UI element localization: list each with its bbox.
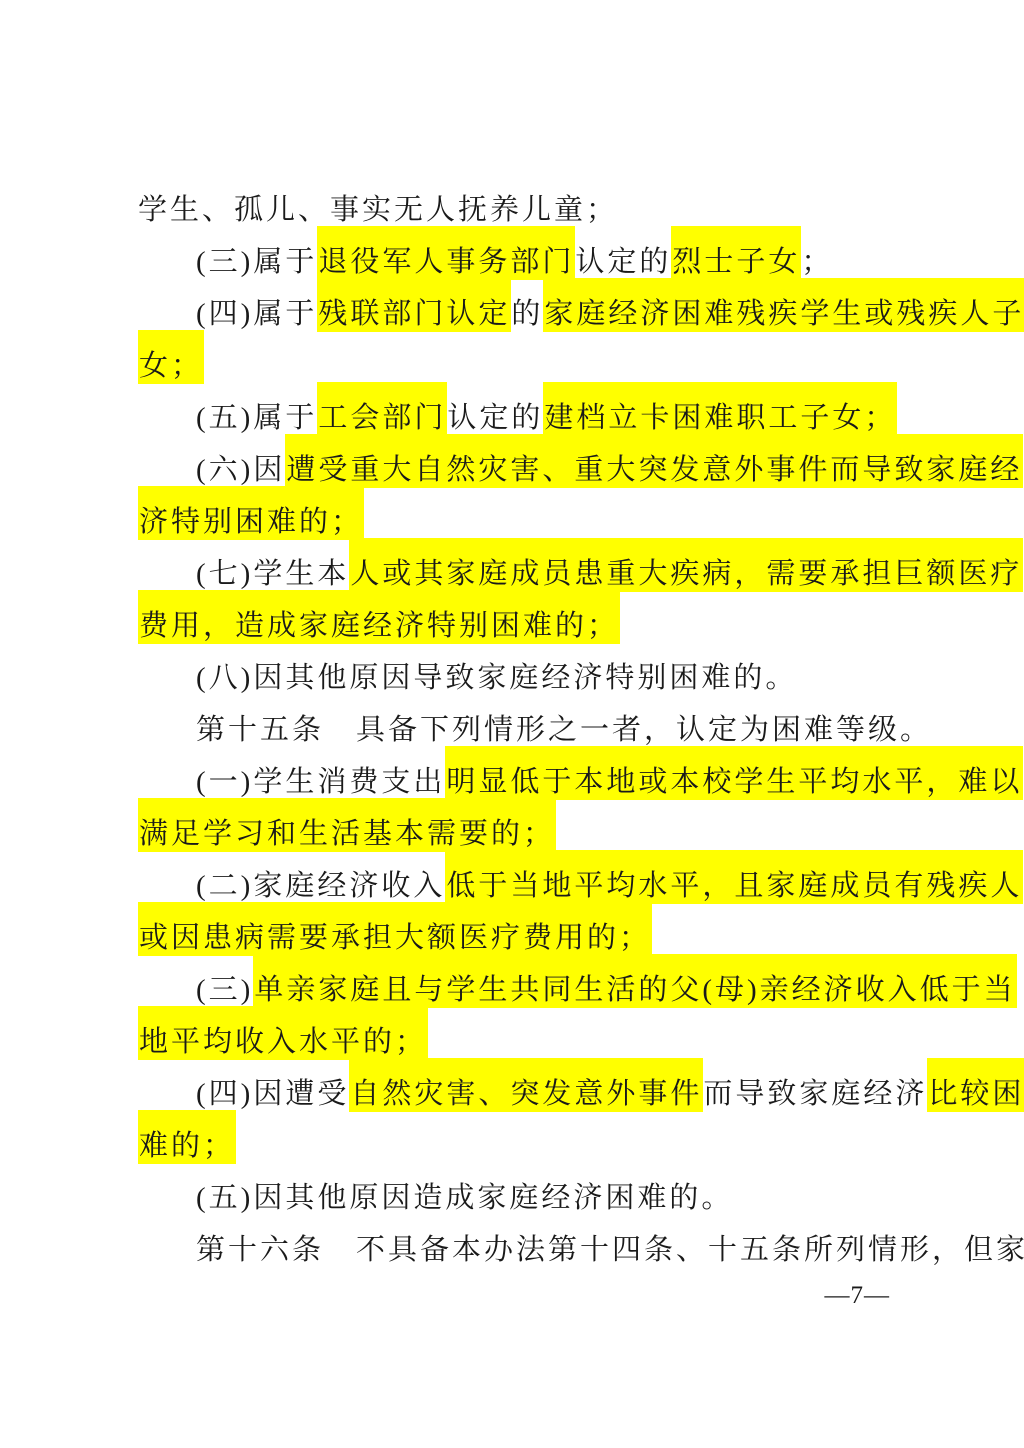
document-page: 学生、孤儿、事实无人抚养儿童； (三)属于退役军人事务部门认定的烈士子女； (四… bbox=[0, 0, 1024, 1448]
highlighted-text: 满足学习和生活基本需要的； bbox=[138, 798, 556, 852]
highlighted-text: 工会部门 bbox=[317, 382, 447, 436]
text-segment: 的 bbox=[511, 298, 543, 330]
text-segment: (三)属于 bbox=[196, 246, 317, 278]
text-line: 难的； bbox=[138, 1120, 898, 1172]
text-segment: (八)因其他原因导致家庭经济特别困难的。 bbox=[196, 662, 797, 694]
text-segment: (二)家庭经济收入 bbox=[196, 870, 445, 902]
highlighted-text: 或因患病需要承担大额医疗费用的； bbox=[138, 902, 652, 956]
text-segment: 第十六条 不具备本办法第十四条、十五条所列情形，但家庭 bbox=[196, 1234, 1024, 1266]
text-segment: (三) bbox=[196, 974, 253, 1006]
text-segment: (六)因 bbox=[196, 454, 285, 486]
text-segment: (五)因其他原因造成家庭经济困难的。 bbox=[196, 1182, 733, 1214]
highlighted-text: 明显低于本地或本校学生平均水平，难以 bbox=[445, 746, 1023, 800]
text-segment: 认定的 bbox=[447, 402, 543, 434]
text-line: 第十六条 不具备本办法第十四条、十五条所列情形，但家庭 bbox=[138, 1224, 898, 1276]
highlighted-text: 比较困 bbox=[927, 1058, 1024, 1112]
highlighted-text: 女； bbox=[138, 330, 204, 384]
highlighted-text: 残联部门认定 bbox=[317, 278, 511, 332]
highlighted-text: 人或其家庭成员患重大疾病，需要承担巨额医疗 bbox=[349, 538, 1023, 592]
highlighted-text: 退役军人事务部门 bbox=[317, 226, 575, 280]
highlighted-text: 建档立卡困难职工子女； bbox=[543, 382, 897, 436]
text-segment: (四)属于 bbox=[196, 298, 317, 330]
text-line: (四)属于残联部门认定的家庭经济困难残疾学生或残疾人子 bbox=[138, 288, 898, 340]
text-segment: 学生、孤儿、事实无人抚养儿童； bbox=[138, 194, 618, 226]
text-line: (八)因其他原因导致家庭经济特别困难的。 bbox=[138, 652, 898, 704]
highlighted-text: 烈士子女 bbox=[671, 226, 801, 280]
highlighted-text: 难的； bbox=[138, 1110, 236, 1164]
text-segment: (五)属于 bbox=[196, 402, 317, 434]
text-segment: ； bbox=[801, 246, 833, 278]
highlighted-text: 自然灾害、突发意外事件 bbox=[349, 1058, 703, 1112]
text-line: (四)因遭受自然灾害、突发意外事件而导致家庭经济比较困 bbox=[138, 1068, 898, 1120]
text-segment: 而导致家庭经济 bbox=[703, 1078, 927, 1110]
highlighted-text: 费用，造成家庭经济特别困难的； bbox=[138, 590, 620, 644]
text-line: (五)因其他原因造成家庭经济困难的。 bbox=[138, 1172, 898, 1224]
highlighted-text: 家庭经济困难残疾学生或残疾人子 bbox=[543, 278, 1024, 332]
text-segment: 第十五条 具备下列情形之一者，认定为困难等级。 bbox=[196, 714, 932, 746]
document-body: 学生、孤儿、事实无人抚养儿童； (三)属于退役军人事务部门认定的烈士子女； (四… bbox=[138, 184, 898, 1276]
highlighted-text: 单亲家庭且与学生共同生活的父(母)亲经济收入低于当 bbox=[253, 954, 1016, 1008]
text-segment: (一)学生消费支出 bbox=[196, 766, 445, 798]
highlighted-text: 遭受重大自然灾害、重大突发意外事件而导致家庭经 bbox=[285, 434, 1023, 488]
highlighted-text: 地平均收入水平的； bbox=[138, 1006, 428, 1060]
highlighted-text: 低于当地平均水平，且家庭成员有残疾人 bbox=[445, 850, 1023, 904]
page-number: —7— bbox=[825, 1282, 891, 1310]
text-segment: (四)因遭受 bbox=[196, 1078, 349, 1110]
text-segment: (七)学生本 bbox=[196, 558, 349, 590]
text-line: 费用，造成家庭经济特别困难的； bbox=[138, 600, 898, 652]
highlighted-text: 济特别困难的； bbox=[138, 486, 364, 540]
text-segment: 认定的 bbox=[575, 246, 671, 278]
